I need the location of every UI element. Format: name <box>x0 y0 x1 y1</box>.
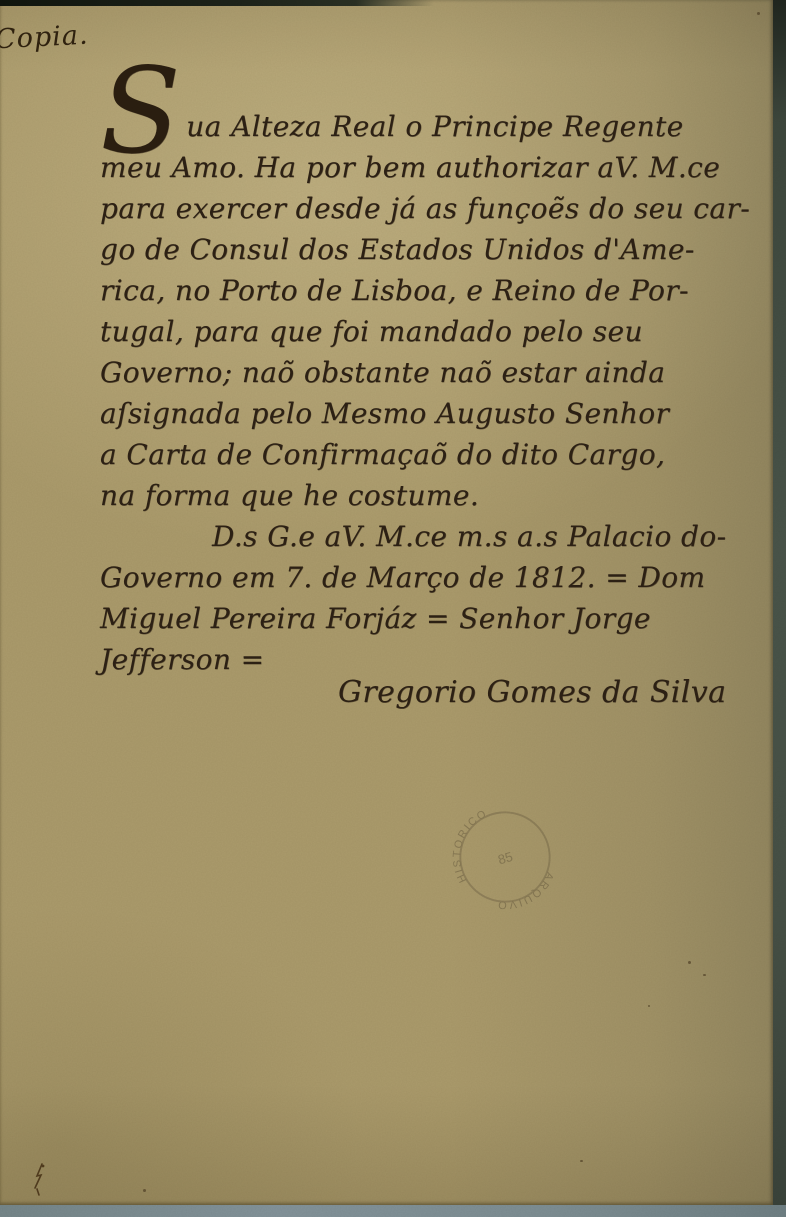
photo-edge-top <box>0 0 434 6</box>
manuscript-line-text: ua Alteza Real o Principe Regente <box>186 110 683 143</box>
svg-text:ARQUIVO: ARQUIVO <box>490 867 562 920</box>
manuscript-line: go de Consul dos Estados Unidos d'Ame- <box>100 229 690 270</box>
manuscript-line: Miguel Pereira Forjáz = Senhor Jorge <box>100 598 690 639</box>
manuscript-line: na forma que he costume. <box>100 475 690 516</box>
manuscript-line: para exercer desde já as funçoẽs do seu … <box>100 188 690 229</box>
copy-annotation: Copia. <box>0 20 89 56</box>
paper-speck <box>703 974 706 976</box>
closing-formula-line: D.s G.e aV. M.ce m.s a.s Palacio do- <box>212 516 690 557</box>
paper-speck <box>648 1005 650 1007</box>
archive-stamp-arc-lower-text: ARQUIVO <box>490 867 562 920</box>
photograph-of-manuscript: Copia. Sua Alteza Real o Principe Regent… <box>0 0 786 1217</box>
archive-stamp-arc-upper-text: HISTORICO - <box>428 796 511 887</box>
ink-blot <box>28 1162 54 1198</box>
paper-speck <box>580 1160 583 1162</box>
manuscript-page: Copia. Sua Alteza Real o Principe Regent… <box>0 0 773 1205</box>
archive-stamp-number: 85 <box>496 849 514 867</box>
photo-backing-bottom <box>0 1205 786 1217</box>
photo-edge-right <box>773 0 786 1217</box>
paper-speck <box>757 12 760 15</box>
manuscript-line: Sua Alteza Real o Principe Regente <box>100 106 690 147</box>
manuscript-line: aſsignada pelo Mesmo Augusto Senhor <box>100 393 690 434</box>
archive-stamp: HISTORICO - ARQUIVO 85 <box>428 780 582 934</box>
paper-speck <box>688 961 691 964</box>
letter-body: Sua Alteza Real o Principe Regente meu A… <box>100 106 690 713</box>
signature: Gregorio Gomes da Silva <box>338 672 690 713</box>
manuscript-line: tugal, para que foi mandado pelo seu <box>100 311 690 352</box>
manuscript-line: a Carta de Confirmaçaõ do dito Cargo, <box>100 434 690 475</box>
dateline: Governo em 7. de Março de 1812. = Dom <box>100 557 690 598</box>
manuscript-line: meu Amo. Ha por bem authorizar aV. M.ce <box>100 147 690 188</box>
svg-text:HISTORICO -: HISTORICO - <box>428 796 511 887</box>
manuscript-line: rica, no Porto de Lisboa, e Reino de Por… <box>100 270 690 311</box>
manuscript-line: Governo; naõ obstante naõ estar ainda <box>100 352 690 393</box>
paper-speck <box>143 1189 146 1192</box>
